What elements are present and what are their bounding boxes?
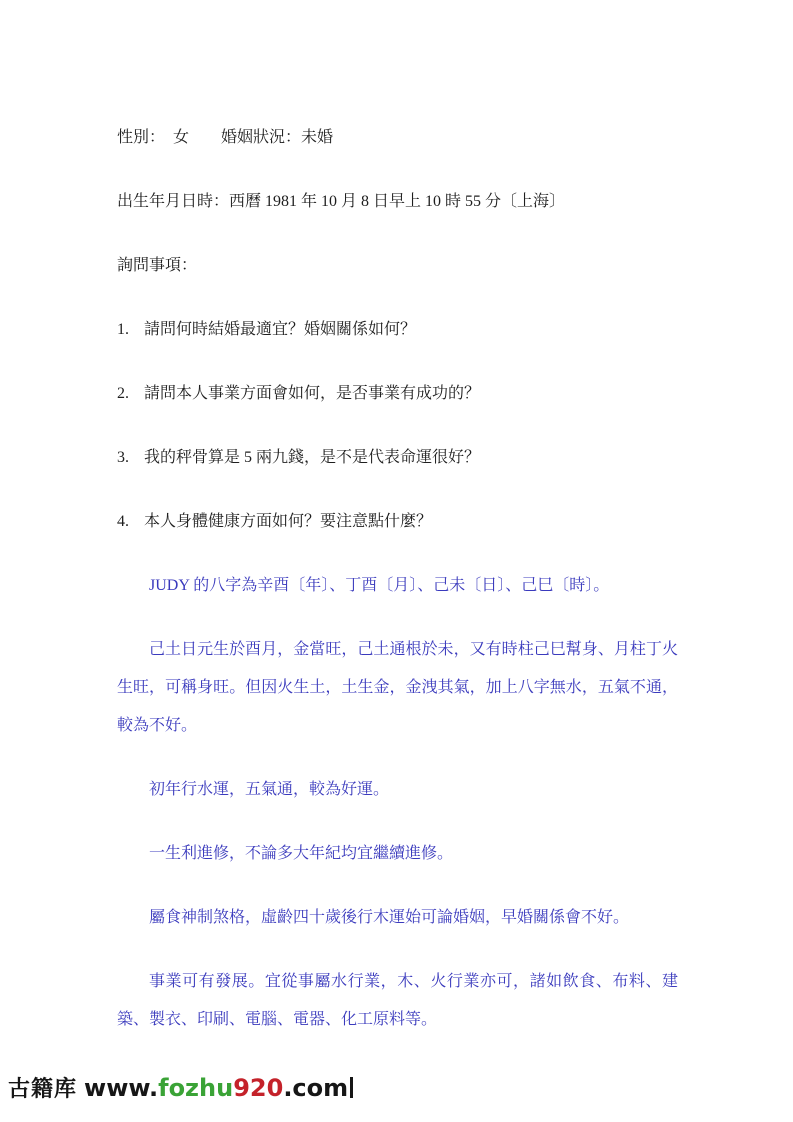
watermark-url-green: fozhu: [158, 1074, 233, 1102]
gender-marital-line: 性別： 女 婚姻狀況：未婚: [117, 119, 678, 157]
question-text: 請問何時結婚最適宜？婚姻關係如何？: [144, 321, 416, 338]
birth-datetime-line: 出生年月日時：西曆 1981 年 10 月 8 日早上 10 時 55 分〔上海…: [117, 183, 678, 221]
analysis-marriage-line: 屬食神制煞格，虛齡四十歲後行木運始可論婚姻，早婚關係會不好。: [117, 899, 678, 937]
analysis-study-line: 一生利進修，不論多大年紀均宜繼續進修。: [117, 835, 678, 873]
document-page: 性別： 女 婚姻狀況：未婚 出生年月日時：西曆 1981 年 10 月 8 日早…: [0, 0, 793, 1122]
question-number: 1.: [117, 311, 144, 349]
analysis-early-luck-line: 初年行水運，五氣通，較為好運。: [117, 771, 678, 809]
question-item-1: 1.請問何時結婚最適宜？婚姻關係如何？: [117, 311, 678, 349]
watermark-url-prefix: www.: [84, 1074, 158, 1102]
cut-off-glyph: [350, 1077, 353, 1098]
question-text: 請問本人事業方面會如何，是否事業有成功的？: [144, 385, 480, 402]
watermark-url-suffix: .com: [283, 1074, 348, 1102]
question-item-3: 3.我的秤骨算是 5 兩九錢，是不是代表命運很好？: [117, 439, 678, 477]
analysis-bazi-line: JUDY 的八字為辛酉〔年〕、丁酉〔月〕、己未〔日〕、己巳〔時〕。: [117, 567, 678, 605]
question-item-4: 4.本人身體健康方面如何？要注意點什麼？: [117, 503, 678, 541]
question-text: 我的秤骨算是 5 兩九錢，是不是代表命運很好？: [144, 449, 480, 466]
question-number: 2.: [117, 375, 144, 413]
question-text: 本人身體健康方面如何？要注意點什麼？: [144, 513, 432, 530]
analysis-element-paragraph: 己土日元生於酉月，金當旺，己土通根於未，又有時柱己巳幫身、月柱丁火生旺，可稱身旺…: [117, 631, 678, 745]
question-item-2: 2.請問本人事業方面會如何，是否事業有成功的？: [117, 375, 678, 413]
inquiry-heading: 詢問事項：: [117, 247, 678, 285]
analysis-career-paragraph: 事業可有發展。宜從事屬水行業，木、火行業亦可，諸如飲食、布料、建築、製衣、印刷、…: [117, 963, 678, 1039]
question-number: 3.: [117, 439, 144, 477]
question-number: 4.: [117, 503, 144, 541]
watermark-url-red: 920: [233, 1074, 283, 1102]
watermark: 古籍库www.fozhu920.com: [8, 1072, 353, 1103]
document-body: 性別： 女 婚姻狀況：未婚 出生年月日時：西曆 1981 年 10 月 8 日早…: [117, 119, 678, 1065]
watermark-site-name: 古籍库: [8, 1072, 77, 1103]
